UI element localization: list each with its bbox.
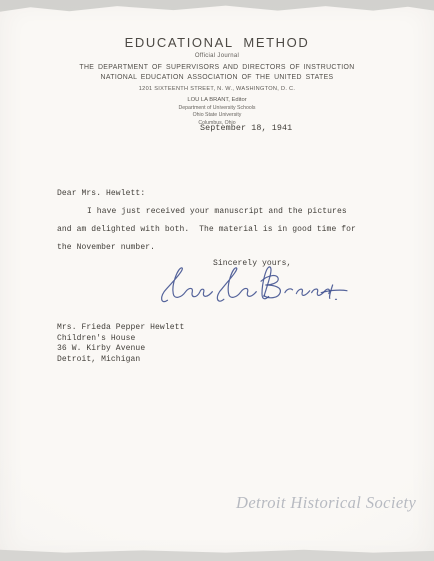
- salutation: Dear Mrs. Hewlett:: [57, 189, 145, 198]
- scanned-letter: EDUCATIONAL METHOD Official Journal THE …: [0, 0, 434, 561]
- editor-name-line: LOU LA BRANT, Editor: [0, 97, 434, 103]
- letter-paper: EDUCATIONAL METHOD Official Journal THE …: [0, 0, 434, 561]
- editor-department-line: Department of University Schools: [0, 105, 434, 111]
- recipient-name: Mrs. Frieda Pepper Hewlett: [57, 323, 184, 332]
- association-line: NATIONAL EDUCATION ASSOCIATION OF THE UN…: [0, 74, 434, 81]
- signature-lou-labrant: [157, 264, 349, 306]
- department-line: THE DEPARTMENT OF SUPERVISORS AND DIRECT…: [0, 64, 434, 71]
- journal-subtitle: Official Journal: [0, 53, 434, 59]
- recipient-city: Detroit, Michigan: [57, 355, 140, 364]
- watermark-detroit-historical-society: Detroit Historical Society: [236, 493, 416, 513]
- journal-title: EDUCATIONAL METHOD: [0, 35, 434, 50]
- street-address-line: 1201 SIXTEENTH STREET, N. W., WASHINGTON…: [0, 86, 434, 92]
- body-line: and am delighted with both. The material…: [57, 225, 356, 234]
- recipient-organization: Children's House: [57, 334, 135, 343]
- body-line: I have just received your manuscript and…: [87, 207, 347, 216]
- editor-university-line: Ohio State University: [0, 112, 434, 118]
- letterhead: EDUCATIONAL METHOD Official Journal THE …: [0, 35, 434, 126]
- recipient-street: 36 W. Kirby Avenue: [57, 344, 145, 353]
- body-line: the November number.: [57, 243, 155, 252]
- date-line: September 18, 1941: [200, 123, 292, 133]
